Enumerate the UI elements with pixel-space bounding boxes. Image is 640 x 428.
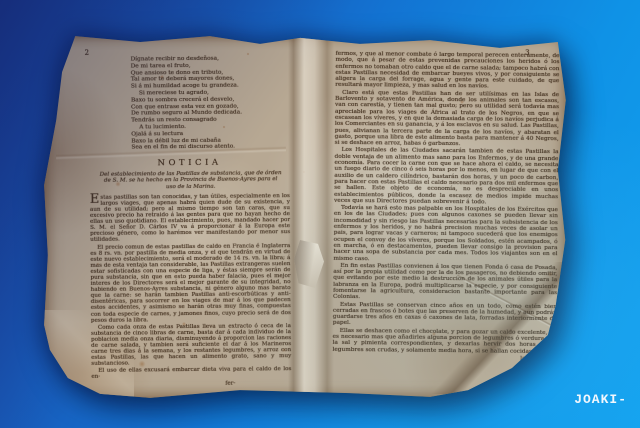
catchword-left: fer- — [91, 380, 291, 388]
open-pamphlet-paper: 2 Dígnate recibir no desdeñosa, De mi ta… — [42, 32, 570, 402]
paragraph: El precio comun de estas pastillas de ca… — [90, 243, 291, 324]
poem-line: Sea en el fin de mi discurso atento. — [131, 143, 289, 151]
paragraph: Estas pastillas son tan conocidas, y tan… — [90, 193, 290, 243]
dedicatory-poem: Dígnate recibir no desdeñosa, De mi tare… — [131, 55, 290, 152]
catchword-right: las — [332, 354, 556, 362]
paragraph: Claro está que estas Pastillas han de se… — [335, 90, 560, 149]
watermark-text: JOAKI- — [574, 392, 627, 407]
paper-shadow-wrap: 2 Dígnate recibir no desdeñosa, De mi ta… — [0, 0, 640, 428]
noticia-heading: NOTICIA — [89, 157, 289, 169]
left-page-body: Estas pastillas son tan conocidas, y tan… — [90, 193, 292, 381]
left-page: 2 Dígnate recibir no desdeñosa, De mi ta… — [89, 45, 292, 387]
paragraph: En fin estas Pastillas convienen á los q… — [333, 263, 557, 303]
page-number-left: 2 — [85, 49, 90, 57]
right-page-body: fermos, y que al menor combate ó largo t… — [332, 51, 559, 355]
photo-of-antique-pamphlet: 2 Dígnate recibir no desdeñosa, De mi ta… — [0, 0, 640, 428]
right-page: 3 fermos, y que al menor combate ó largo… — [332, 51, 559, 362]
noticia-subtitle: Del establecimiento de las Pastillas de … — [100, 170, 282, 190]
paragraph: Como cada onza de estas Pastillas lleva … — [91, 323, 291, 367]
paragraph: El uso de ellas excusará embarcar dieta … — [91, 367, 291, 381]
paragraph: Todavía se hará esto mas palpable en los… — [333, 205, 558, 264]
page-number-right: 3 — [525, 49, 530, 57]
center-fold-gutter — [288, 32, 334, 402]
paragraph: Ellas se deshacen como el chocolate, y p… — [332, 328, 556, 356]
paragraph: Estas Pastillas se conservan cinco años … — [333, 301, 557, 329]
paragraph: Los Hospitales de las Ciudades sacarán t… — [334, 147, 559, 206]
paragraph: fermos, y que al menor combate ó largo t… — [335, 51, 559, 91]
